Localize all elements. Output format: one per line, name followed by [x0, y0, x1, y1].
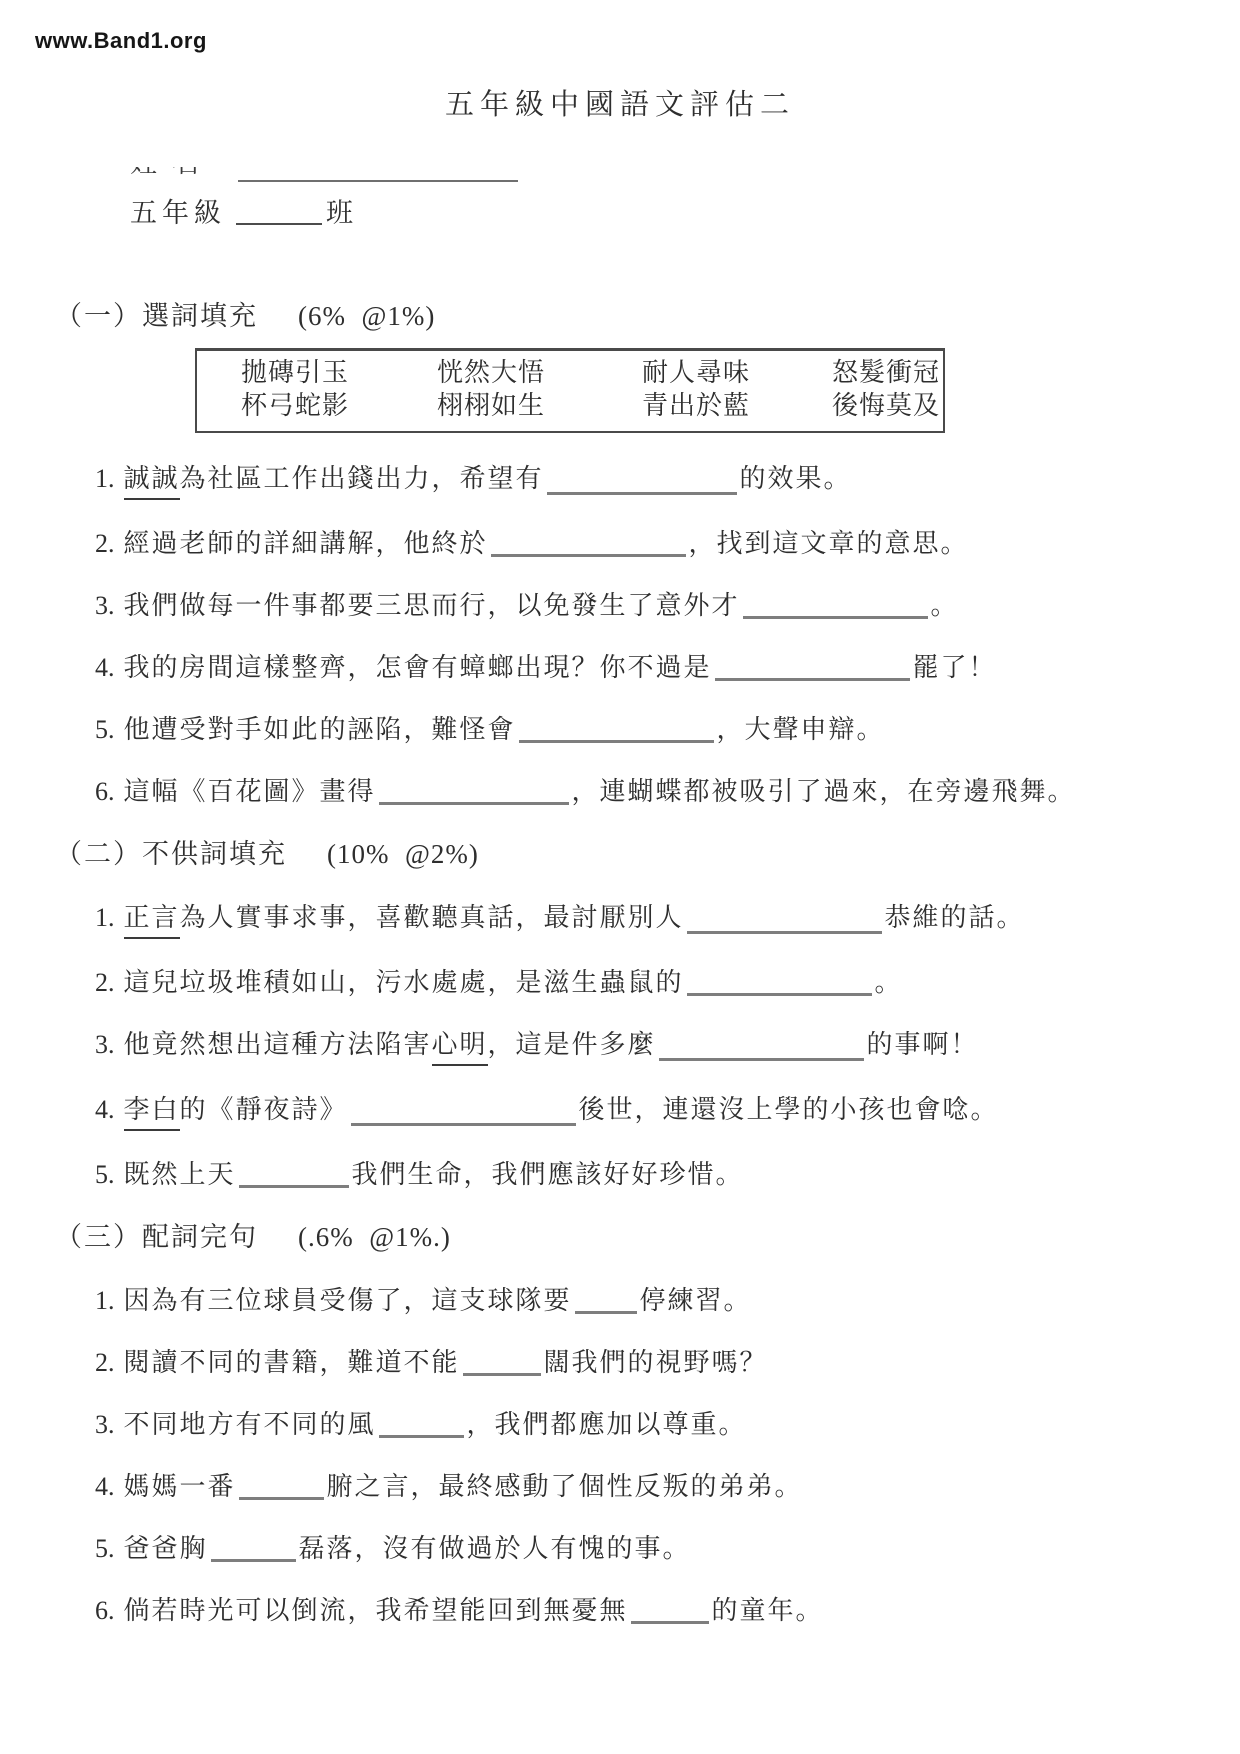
underlined-name: 心明 — [432, 1027, 488, 1066]
answer-blank — [519, 740, 714, 743]
word-bank: 拋磚引玉恍然大悟耐人尋味怒髮衝冠杯弓蛇影栩栩如生青出於藍後悔莫及 — [195, 348, 945, 433]
question-text: 既然上天 — [124, 1157, 236, 1193]
word-bank-item: 後悔莫及 — [832, 389, 943, 422]
question: 2.這兒垃圾堆積如山，污水處處，是滋生蟲鼠的。 — [95, 965, 1240, 1001]
worksheet-page: www.Band1.org 五年級中國語文評估二 姓名 五年級 班 （一）選詞填… — [0, 0, 1240, 1754]
question-number: 4. — [95, 1092, 115, 1128]
watermark-url: www.Band1.org — [35, 28, 207, 54]
answer-blank — [687, 931, 882, 934]
question-text: 為人實事求事，喜歡聽真話，最討厭別人 — [180, 900, 684, 936]
section-marks: (10% @2%) — [327, 839, 479, 869]
question-number: 4. — [95, 650, 115, 686]
question: 3.不同地方有不同的風，我們都應加以尊重。 — [95, 1407, 1240, 1443]
answer-blank — [575, 1311, 637, 1314]
class-blank — [236, 223, 322, 225]
word-bank-item: 拋磚引玉 — [241, 356, 437, 389]
question-text: 我們做每一件事都要三思而行，以免發生了意外才 — [124, 588, 740, 624]
question: 2.經過老師的詳細講解，他終於，找到這文章的意思。 — [95, 526, 1240, 562]
question: 1.誠誠為社區工作出錢出力，希望有的效果。 — [95, 461, 1240, 500]
section-title: （一）選詞填充 — [55, 301, 258, 331]
answer-blank — [743, 616, 928, 619]
question-text: 的效果。 — [740, 461, 852, 497]
question-list: 1.誠誠為社區工作出錢出力，希望有的效果。2.經過老師的詳細講解，他終於，找到這… — [0, 461, 1240, 810]
student-id-block: 姓名 五年級 班 — [130, 150, 518, 230]
question-number: 1. — [95, 900, 115, 936]
question: 6.倘若時光可以倒流，我希望能回到無憂無的童年。 — [95, 1593, 1240, 1629]
answer-blank — [547, 492, 737, 495]
question-text: ，這是件多麼 — [488, 1027, 656, 1063]
question-text: ，我們都應加以尊重。 — [467, 1407, 747, 1443]
answer-blank — [379, 802, 569, 805]
question-text: 媽媽一番 — [124, 1469, 236, 1505]
word-bank-item: 耐人尋味 — [642, 356, 832, 389]
question-text: 因為有三位球員受傷了，這支球隊要 — [124, 1283, 572, 1319]
question-number: 1. — [95, 461, 115, 497]
answer-blank — [687, 993, 872, 996]
question-text: ，連蝴蝶都被吸引了過來，在旁邊飛舞。 — [572, 774, 1076, 810]
question-number: 5. — [95, 1157, 115, 1193]
sections-container: （一）選詞填充(6% @1%)拋磚引玉恍然大悟耐人尋味怒髮衝冠杯弓蛇影栩栩如生青… — [0, 298, 1240, 1655]
section-heading: （二）不供詞填充(10% @2%) — [55, 836, 1240, 872]
underlined-name: 李白 — [124, 1092, 180, 1131]
answer-blank — [351, 1123, 576, 1126]
question-number: 3. — [95, 1027, 115, 1063]
question-number: 4. — [95, 1469, 115, 1505]
question-number: 5. — [95, 712, 115, 748]
question: 5.爸爸胸磊落，沒有做過於人有愧的事。 — [95, 1531, 1240, 1567]
question: 6.這幅《百花圖》畫得，連蝴蝶都被吸引了過來，在旁邊飛舞。 — [95, 774, 1240, 810]
question: 4.李白的《靜夜詩》後世，連還沒上學的小孩也會唸。 — [95, 1092, 1240, 1131]
question-number: 1. — [95, 1283, 115, 1319]
answer-blank — [211, 1559, 296, 1562]
question-text: 為社區工作出錢出力，希望有 — [180, 461, 544, 497]
section: （三）配詞完句(.6% @1%.)1.因為有三位球員受傷了，這支球隊要停練習。2… — [0, 1219, 1240, 1629]
section: （二）不供詞填充(10% @2%)1.正言為人實事求事，喜歡聽真話，最討厭別人恭… — [0, 836, 1240, 1193]
question-text: 爸爸胸 — [124, 1531, 208, 1567]
section-heading: （一）選詞填充(6% @1%) — [55, 298, 1240, 334]
question-text: 恭維的話。 — [885, 900, 1025, 936]
section-marks: (6% @1%) — [298, 301, 435, 331]
question-text: 閱讀不同的書籍，難道不能 — [124, 1345, 460, 1381]
question-number: 6. — [95, 1593, 115, 1629]
question: 3.我們做每一件事都要三思而行，以免發生了意外才。 — [95, 588, 1240, 624]
question-number: 2. — [95, 965, 115, 1001]
question-text: 這兒垃圾堆積如山，污水處處，是滋生蟲鼠的 — [124, 965, 684, 1001]
question-number: 3. — [95, 1407, 115, 1443]
page-title: 五年級中國語文評估二 — [0, 82, 1240, 123]
question-text: 的事啊！ — [867, 1027, 979, 1063]
answer-blank — [631, 1621, 709, 1624]
word-bank-item: 杯弓蛇影 — [241, 389, 437, 422]
question-text: 後世，連還沒上學的小孩也會唸。 — [579, 1092, 999, 1128]
section-heading: （三）配詞完句(.6% @1%.) — [55, 1219, 1240, 1255]
answer-blank — [491, 554, 686, 557]
question-text: 磊落，沒有做過於人有愧的事。 — [299, 1531, 691, 1567]
question: 1.因為有三位球員受傷了，這支球隊要停練習。 — [95, 1283, 1240, 1319]
question-text: 倘若時光可以倒流，我希望能回到無憂無 — [124, 1593, 628, 1629]
question-text: 罷了！ — [913, 650, 997, 686]
name-blank — [238, 180, 518, 182]
class-prefix: 五年級 — [130, 191, 226, 230]
word-bank-row: 拋磚引玉恍然大悟耐人尋味怒髮衝冠 — [197, 356, 943, 389]
question-text: 經過老師的詳細講解，他終於 — [124, 526, 488, 562]
answer-blank — [463, 1373, 541, 1376]
question: 2.閱讀不同的書籍，難道不能闊我們的視野嗎？ — [95, 1345, 1240, 1381]
question-text: 這幅《百花圖》畫得 — [124, 774, 376, 810]
name-label-clipped: 姓名 — [130, 167, 214, 178]
question-text: ，找到這文章的意思。 — [689, 526, 969, 562]
question-number: 2. — [95, 526, 115, 562]
word-bank-row: 杯弓蛇影栩栩如生青出於藍後悔莫及 — [197, 389, 943, 422]
answer-blank — [379, 1435, 464, 1438]
question-text: 闊我們的視野嗎？ — [544, 1345, 768, 1381]
question-text: 。 — [931, 588, 959, 624]
word-bank-item: 栩栩如生 — [437, 389, 642, 422]
answer-blank — [239, 1185, 349, 1188]
question-text: 他竟然想出這種方法陷害 — [124, 1027, 432, 1063]
question-text: 不同地方有不同的風 — [124, 1407, 376, 1443]
question-text: 我們生命，我們應該好好珍惜。 — [352, 1157, 744, 1193]
section-marks: (.6% @1%.) — [298, 1222, 451, 1252]
section: （一）選詞填充(6% @1%)拋磚引玉恍然大悟耐人尋味怒髮衝冠杯弓蛇影栩栩如生青… — [0, 298, 1240, 810]
question: 4.我的房間這樣整齊，怎會有蟑螂出現？你不過是罷了！ — [95, 650, 1240, 686]
word-bank-item: 怒髮衝冠 — [832, 356, 943, 389]
answer-blank — [239, 1497, 324, 1500]
question-number: 3. — [95, 588, 115, 624]
name-field: 姓名 — [130, 150, 518, 182]
section-title: （二）不供詞填充 — [55, 839, 287, 869]
question-number: 6. — [95, 774, 115, 810]
question: 5.既然上天我們生命，我們應該好好珍惜。 — [95, 1157, 1240, 1193]
class-suffix: 班 — [326, 191, 358, 230]
question-number: 5. — [95, 1531, 115, 1567]
question-text: 的童年。 — [712, 1593, 824, 1629]
question-text: 我的房間這樣整齊，怎會有蟑螂出現？你不過是 — [124, 650, 712, 686]
question: 4.媽媽一番腑之言，最終感動了個性反叛的弟弟。 — [95, 1469, 1240, 1505]
answer-blank — [659, 1058, 864, 1061]
question-number: 2. — [95, 1345, 115, 1381]
word-bank-item: 青出於藍 — [642, 389, 832, 422]
question: 5.他遭受對手如此的誣陷，難怪會，大聲申辯。 — [95, 712, 1240, 748]
question-text: 腑之言，最終感動了個性反叛的弟弟。 — [327, 1469, 803, 1505]
underlined-name: 正言 — [124, 900, 180, 939]
question-list: 1.因為有三位球員受傷了，這支球隊要停練習。2.閱讀不同的書籍，難道不能闊我們的… — [0, 1283, 1240, 1629]
answer-blank — [715, 678, 910, 681]
word-bank-item: 恍然大悟 — [437, 356, 642, 389]
question: 3.他竟然想出這種方法陷害心明，這是件多麼的事啊！ — [95, 1027, 1240, 1066]
question-text: 停練習。 — [640, 1283, 752, 1319]
question-text: ，大聲申辯。 — [717, 712, 885, 748]
section-title: （三）配詞完句 — [55, 1222, 258, 1252]
question-text: 他遭受對手如此的誣陷，難怪會 — [124, 712, 516, 748]
question-text: 的《靜夜詩》 — [180, 1092, 348, 1128]
question-list: 1.正言為人實事求事，喜歡聽真話，最討厭別人恭維的話。2.這兒垃圾堆積如山，污水… — [0, 900, 1240, 1193]
class-field: 五年級 班 — [130, 191, 518, 230]
question-text: 。 — [875, 965, 903, 1001]
question: 1.正言為人實事求事，喜歡聽真話，最討厭別人恭維的話。 — [95, 900, 1240, 939]
underlined-name: 誠誠 — [124, 461, 180, 500]
